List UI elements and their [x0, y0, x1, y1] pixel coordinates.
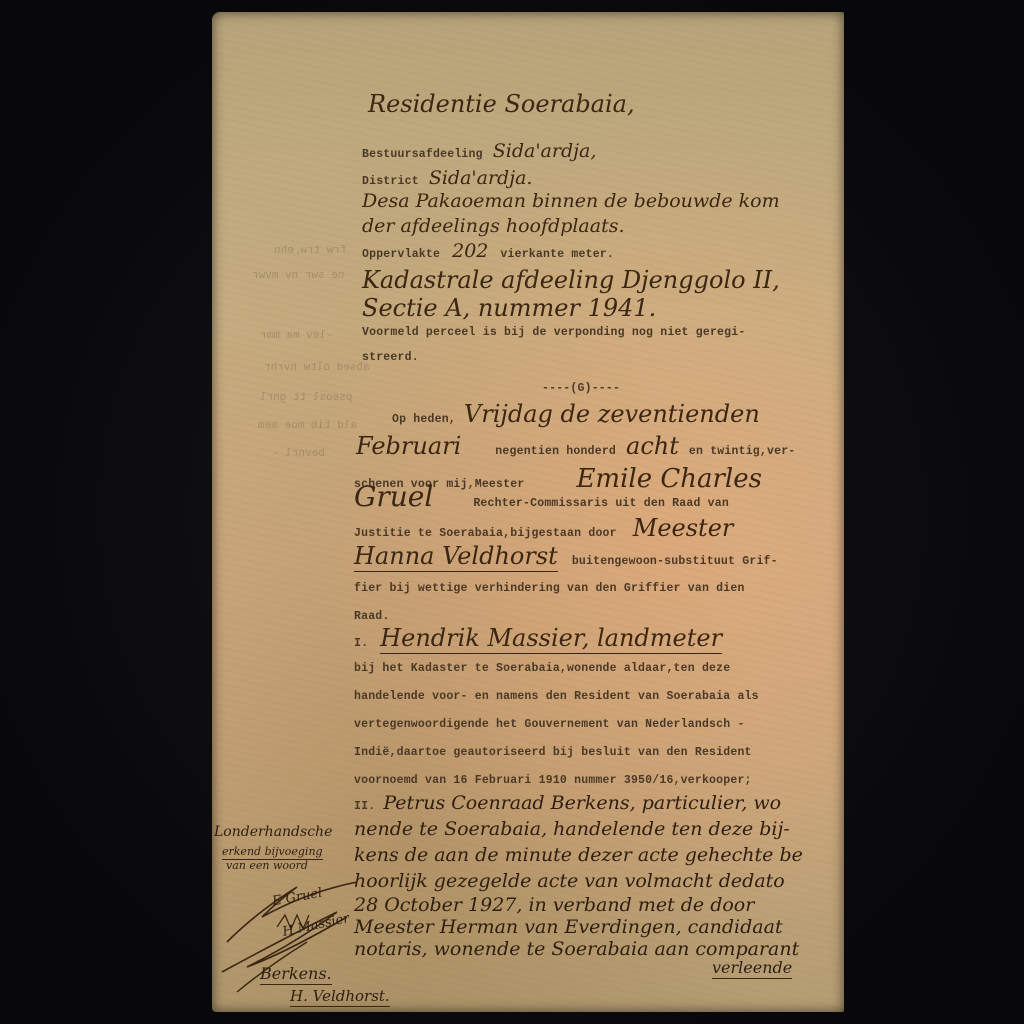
photo-background: frw trw,ehn ne swr nv mvwr -lev ma mmr a…	[0, 0, 1024, 1024]
residentie-heading: Residentie Soerabaia,	[368, 90, 635, 118]
body-line-11: handelende voor- en namens den Resident …	[354, 690, 759, 703]
typed-text: Justitie te Soerabaia,bijgestaan door	[354, 527, 617, 540]
handwritten-date: Vrijdag de zeventienden	[464, 400, 760, 428]
handwritten-party: Hendrik Massier, landmeter	[380, 624, 722, 654]
bestuursafdeeling-label: Bestuursafdeeling	[362, 148, 483, 161]
body-line-17: kens de aan de minute dezer acte gehecht…	[354, 844, 803, 866]
typed-text: en twintig,ver-	[689, 445, 796, 458]
body-line-21: notaris, wonende te Soerabaia aan compar…	[354, 938, 799, 960]
oppervlakte-unit: vierkante meter.	[500, 248, 614, 261]
body-line-14: voornoemd van 16 Februari 1910 nummer 39…	[354, 774, 752, 787]
district-label: District	[362, 175, 419, 188]
handwritten-month: Februari	[356, 432, 461, 460]
typed-text: negentien honderd	[495, 445, 616, 458]
handwritten-name: Gruel	[354, 480, 433, 513]
desa-line-2: der afdeelings hoofdplaats.	[362, 215, 625, 237]
typed-text: Op heden,	[392, 413, 456, 426]
kadaster-line-2: Sectie A, nummer 1941.	[362, 294, 656, 322]
body-line-7: fier bij wettige verhindering van den Gr…	[354, 582, 745, 595]
bleed-through-text: absed oltw nvrhr	[264, 362, 370, 374]
district-row: District Sida'ardja.	[362, 167, 532, 189]
oppervlakte-row: Oppervlakte 202 vierkante meter.	[362, 240, 614, 262]
body-line-9: I. Hendrik Massier, landmeter	[354, 624, 722, 652]
separator-mark: ----(G)----	[542, 382, 620, 395]
oppervlakte-label: Oppervlakte	[362, 248, 440, 261]
handwritten-name: Hanna Veldhorst	[354, 542, 558, 572]
bleed-through-text: frw trw,ehn	[274, 245, 347, 257]
typed-text: Rechter-Commissaris uit den Raad van	[473, 497, 729, 510]
margin-note-line-1: Londerhandsche	[214, 824, 332, 840]
district-value: Sida'ardja.	[429, 167, 533, 189]
body-line-6: Hanna Veldhorst buitengewoon-substituut …	[354, 542, 778, 570]
signature-berkens: Berkens.	[260, 964, 332, 985]
party-number: I.	[354, 637, 368, 650]
bestuursafdeeling-row: Bestuursafdeeling Sida'ardja,	[362, 140, 596, 162]
body-line-16: nende te Soerabaia, handelende ten deze …	[354, 818, 790, 840]
body-line-2: Februari negentien honderd acht en twint…	[356, 432, 795, 460]
bestuursafdeeling-value: Sida'ardja,	[493, 140, 597, 162]
bleed-through-text: pseosl tt gnrl	[260, 392, 352, 404]
body-line-4: Gruel Rechter-Commissaris uit den Raad v…	[354, 480, 729, 513]
body-line-5: Justitie te Soerabaia,bijgestaan door Me…	[354, 514, 733, 542]
kadaster-line-1: Kadastrale afdeeling Djenggolo II,	[362, 266, 780, 294]
bleed-through-text: ald tib moe aem	[258, 420, 357, 432]
margin-note-line-3: van een woord	[226, 859, 308, 872]
body-line-19: 28 October 1927, in verband met de door	[354, 894, 754, 916]
body-line-1: Op heden, Vrijdag de zeventienden	[362, 400, 760, 428]
desa-line-1: Desa Pakaoeman binnen de bebouwde kom	[362, 190, 780, 212]
body-line-20: Meester Herman van Everdingen, candidaat	[354, 916, 783, 938]
body-line-10: bij het Kadaster te Soerabaia,wonende al…	[354, 662, 730, 675]
bleed-through-text: ne swr nv mvwr	[252, 270, 344, 282]
typed-text: buitengewoon-substituut Grif-	[572, 555, 778, 568]
handwritten-text: Petrus Coenraad Berkens, particulier, wo	[383, 792, 781, 814]
handwritten-title: Meester	[633, 514, 734, 542]
archival-deed-page: frw trw,ehn ne swr nv mvwr -lev ma mmr a…	[212, 12, 844, 1012]
body-line-18: hoorlijk gezegelde acte van volmacht ded…	[354, 870, 785, 892]
body-line-12: vertegenwoordigende het Gouvernement van…	[354, 718, 745, 731]
handwritten-year: acht	[626, 432, 679, 460]
body-line-13: Indië,daartoe geautoriseerd bij besluit …	[354, 746, 752, 759]
margin-note-line-2: erkend bijvoeging	[222, 845, 323, 860]
body-line-22: verleende	[712, 958, 792, 979]
signature-veldhorst: H. Veldhorst.	[290, 987, 390, 1007]
registratie-line-1: Voormeld perceel is bij de verponding no…	[362, 326, 745, 339]
body-line-8: Raad.	[354, 610, 390, 623]
body-line-15: II. Petrus Coenraad Berkens, particulier…	[354, 792, 781, 814]
bleed-through-text: bevnrl -	[272, 448, 325, 460]
bleed-through-text: -lev ma mmr	[260, 330, 333, 342]
party-number: II.	[354, 800, 375, 813]
oppervlakte-value: 202	[452, 240, 488, 262]
registratie-line-2: streerd.	[362, 351, 419, 364]
